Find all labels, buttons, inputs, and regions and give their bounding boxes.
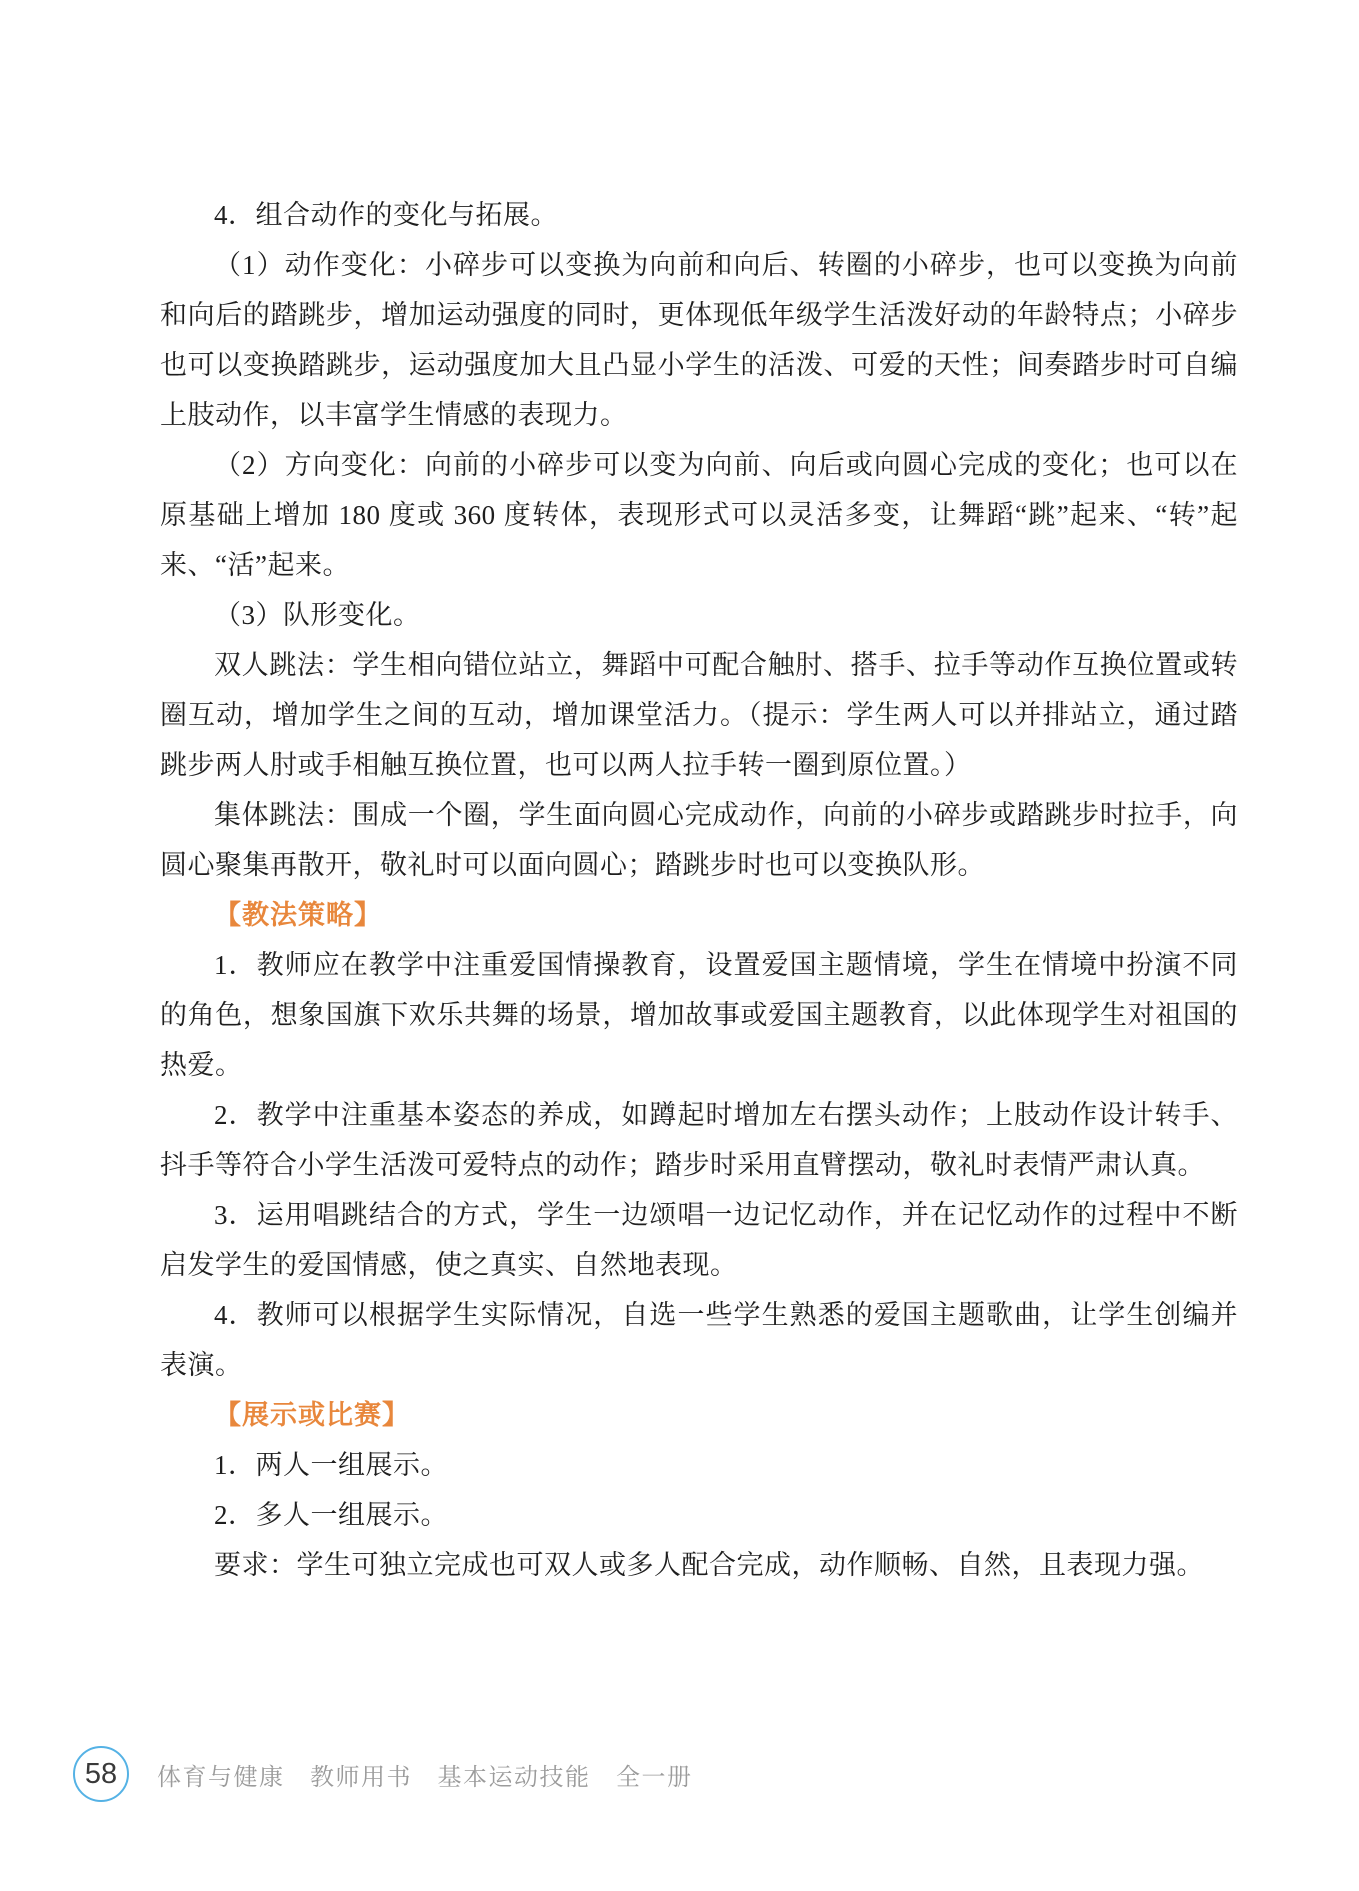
body-paragraph: （1）动作变化：小碎步可以变换为向前和向后、转圈的小碎步，也可以变换为向前和向后… [160,240,1238,440]
body-paragraph: 双人跳法：学生相向错位站立，舞蹈中可配合触肘、搭手、拉手等动作互换位置或转圈互动… [160,640,1238,790]
body-paragraph: （2）方向变化：向前的小碎步可以变为向前、向后或向圆心完成的变化；也可以在原基础… [160,440,1238,590]
body-paragraph: 要求：学生可独立完成也可双人或多人配合完成，动作顺畅、自然，且表现力强。 [160,1540,1238,1590]
page-content: 4．组合动作的变化与拓展。（1）动作变化：小碎步可以变换为向前和向后、转圈的小碎… [160,190,1238,1590]
page-number-badge: 58 [73,1746,129,1802]
document-page: 4．组合动作的变化与拓展。（1）动作变化：小碎步可以变换为向前和向后、转圈的小碎… [0,0,1359,1891]
body-paragraph: （3）队形变化。 [160,590,1238,640]
body-paragraph: 1．两人一组展示。 [160,1440,1238,1490]
body-paragraph: 4．组合动作的变化与拓展。 [160,190,1238,240]
body-paragraph: 2．多人一组展示。 [160,1490,1238,1540]
footer-book-title: 体育与健康 教师用书 基本运动技能 全一册 [157,1757,693,1792]
section-heading: 【展示或比赛】 [160,1390,1238,1440]
body-paragraph: 1．教师应在教学中注重爱国情操教育，设置爱国主题情境，学生在情境中扮演不同的角色… [160,940,1238,1090]
body-paragraph: 4．教师可以根据学生实际情况，自选一些学生熟悉的爱国主题歌曲，让学生创编并表演。 [160,1290,1238,1390]
page-number: 58 [85,1760,117,1789]
page-footer: 58 体育与健康 教师用书 基本运动技能 全一册 [73,1746,693,1802]
body-paragraph: 2．教学中注重基本姿态的养成，如蹲起时增加左右摆头动作；上肢动作设计转手、抖手等… [160,1090,1238,1190]
body-paragraph: 集体跳法：围成一个圈，学生面向圆心完成动作，向前的小碎步或踏跳步时拉手，向圆心聚… [160,790,1238,890]
body-paragraph: 3．运用唱跳结合的方式，学生一边颂唱一边记忆动作，并在记忆动作的过程中不断启发学… [160,1190,1238,1290]
section-heading: 【教法策略】 [160,890,1238,940]
